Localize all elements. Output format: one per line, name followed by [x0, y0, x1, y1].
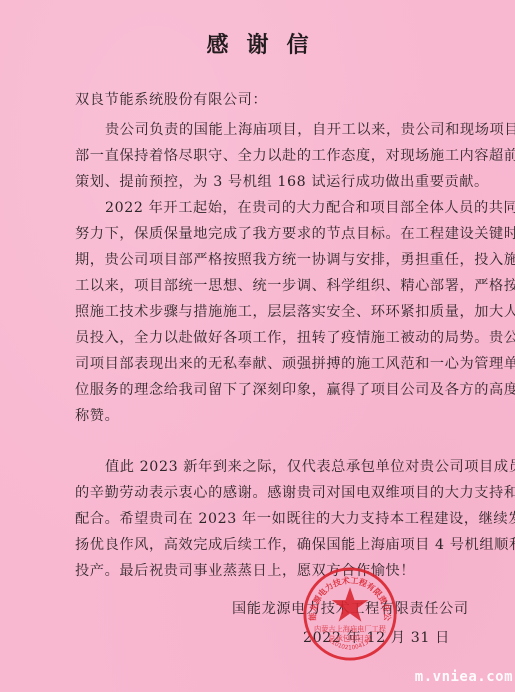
paragraph-2-line-6: 员投入，全力以赴做好各项工作，扭转了疫情施工被动的局势。贵公 [75, 327, 515, 347]
paragraph-1-line-3: 策划、提前预控，为 3 号机组 168 试运行成功做出重要贡献。 [75, 171, 489, 191]
paragraph-2-line-3: 期，贵公司项目部严格按照我方统一协调与安排，勇担重任，投入施 [75, 249, 515, 269]
paragraph-3-line-4: 扬优良作风，高效完成后续工作，确保国能上海庙项目 4 号机组顺利 [75, 534, 515, 554]
paragraph-2-line-1: 2022 年开工起始，在贵司的大力配合和项目部全体人员的共同 [105, 197, 515, 217]
salutation: 双良节能系统股份有限公司： [75, 89, 267, 109]
paragraph-2-line-7: 司项目部表现出来的无私奉献、顽强拼搏的施工风范和一心为管理单 [75, 353, 515, 373]
paragraph-3-line-3: 配合。希望贵司在 2023 年一如既往的大力支持本工程建设，继续发 [75, 508, 515, 528]
paragraph-2-line-4: 工以来，项目部统一思想、统一步调、科学组织、精心部署，严格按 [75, 275, 515, 295]
paragraph-1-line-1: 贵公司负责的国能上海庙项目，自开工以来，贵公司和现场项目 [105, 119, 515, 139]
paragraph-2-line-9: 称赞。 [75, 405, 119, 425]
paragraph-3-line-2: 的辛勤劳动表示衷心的感谢。感谢贵司对国电双维项目的大力支持和 [75, 482, 515, 502]
seal-star-icon [332, 587, 368, 622]
paragraph-3-line-1: 值此 2023 新年到来之际，仅代表总承包单位对贵公司项目成员 [105, 456, 515, 476]
paragraph-2-line-2: 努力下，保质保量地完成了我方要求的节点目标。在工程建设关键时 [75, 223, 515, 243]
paragraph-1-line-2: 部一直保持着恪尽职守、全力以赴的工作态度，对现场施工内容超前 [75, 145, 515, 165]
watermark-text: m.vniea.com [415, 669, 513, 685]
official-seal-stamp: 国能龙源电力技术工程有限责任公司 内蒙古上海庙电厂工程 总承包项目部 11010… [302, 566, 398, 662]
letter-title: 感谢信 [0, 28, 515, 59]
paragraph-2-line-8: 位服务的理念给我司留下了深刻印象，赢得了项目公司及各方的高度 [75, 379, 515, 399]
paragraph-2-line-5: 照施工技术步骤与措施施工，层层落实安全、环环紧扣质量，加大人 [75, 301, 515, 321]
seal-inner-line-1: 内蒙古上海庙电厂工程 [314, 624, 386, 633]
